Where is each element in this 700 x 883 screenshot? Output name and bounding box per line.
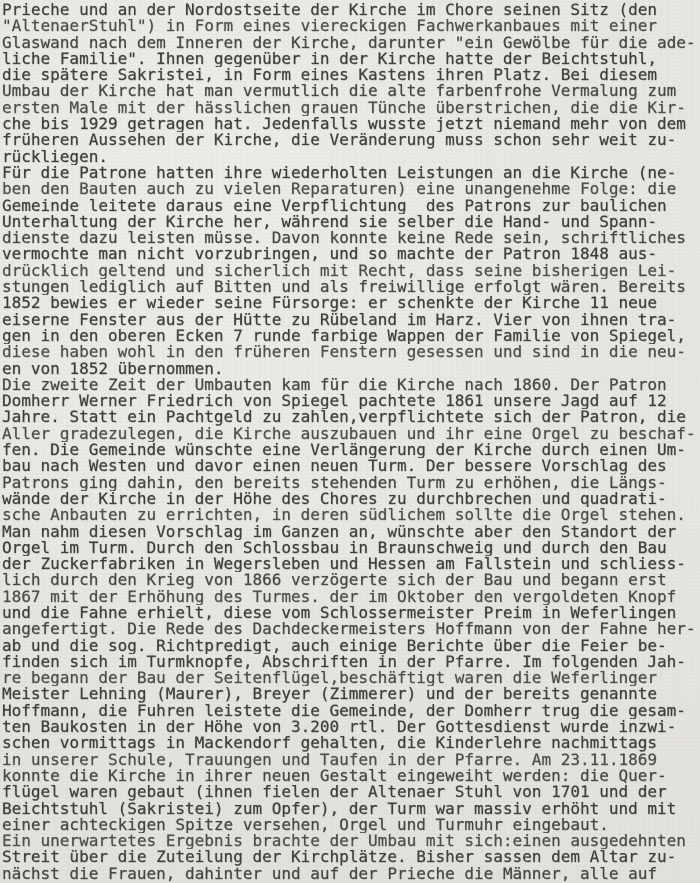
text-line: en von 1852 übernommen. [2,361,700,377]
text-line: flügel waren gebaut (ihnen fielen der Al… [2,784,700,800]
text-line: Umbau der Kirche hat man vermutlich die … [2,83,700,99]
text-line: dienste dazu leisten müsse. Davon konnte… [2,230,700,246]
text-line: Aller gradezulegen, die Kirche auszubaue… [2,426,700,442]
text-line: konnte die Kirche in ihrer neuen Gestalt… [2,768,700,784]
text-line: ben den Bauten auch zu vielen Reparature… [2,181,700,197]
text-line: rückliegen. [2,149,700,165]
text-lines: Prieche und an der Nordostseite der Kirc… [2,2,700,882]
text-line: che bis 1929 getragen hat. Jedenfalls wu… [2,116,700,132]
text-line: Gemeinde leitete daraus eine Verpflichtu… [2,198,700,214]
text-line: finden sich im Turmknopfe, Abschriften i… [2,654,700,670]
text-line: Jahre. Statt ein Pachtgeld zu zahlen,ver… [2,409,700,425]
text-line: Meister Lehning (Maurer), Breyer (Zimmer… [2,686,700,702]
text-line: Für die Patrone hatten ihre wiederholten… [2,165,700,181]
text-line: drücklich geltend und sicherlich mit Rec… [2,263,700,279]
text-line: bau nach Westen und davor einen neuen Tu… [2,458,700,474]
text-line: fen. Die Gemeinde wünschte eine Verlänge… [2,442,700,458]
text-line: "AltenaerStuhl") in Form eines viereckig… [2,18,700,34]
text-line: einer achteckigen Spitze versehen, Orgel… [2,817,700,833]
text-line: liche Familie". Ihnen gegenüber in der K… [2,51,700,67]
text-line: ten Baukosten in der Höhe von 3.200 rtl.… [2,719,700,735]
scanned-document-page: Prieche und an der Nordostseite der Kirc… [0,0,700,883]
text-line: früheren Aussehen der Kirche, die Veränd… [2,132,700,148]
text-line: eiserne Fenster aus der Hütte zu Rübelan… [2,312,700,328]
text-line: Die zweite Zeit der Umbauten kam für die… [2,377,700,393]
text-line: Domherr Werner Friedrich von Spiegel pac… [2,393,700,409]
text-line: sche Anbauten zu errichten, in deren süd… [2,507,700,523]
text-line: wände der Kirche in der Höhe des Chores … [2,491,700,507]
text-line: und die Fahne erhielt, diese vom Schloss… [2,605,700,621]
text-line: 1852 bewies er wieder seine Fürsorge: er… [2,295,700,311]
text-line: Patrons ging dahin, den bereits stehende… [2,475,700,491]
text-line: Glaswand nach dem Inneren der Kirche, da… [2,35,700,51]
text-line: angefertigt. Die Rede des Dachdeckermeis… [2,621,700,637]
text-line: schen vormittags in Mackendorf gehalten,… [2,735,700,751]
text-line: Ein unerwartetes Ergebnis brachte der Um… [2,833,700,849]
text-line: ab und die sog. Richtpredigt, auch einig… [2,638,700,654]
text-line: vermochte man nicht vorzubringen, und so… [2,246,700,262]
text-line: gen in den oberen Ecken 7 runde farbige … [2,328,700,344]
text-line: lich durch den Krieg von 1866 verzögerte… [2,572,700,588]
text-line: ersten Male mit der hässlichen grauen Tü… [2,100,700,116]
text-line: in unserer Schule, Trauungen und Taufen … [2,752,700,768]
text-line: Man nahm diesen Vorschlag im Ganzen an, … [2,524,700,540]
text-line: Orgel im Turm. Durch den Schlossbau in B… [2,540,700,556]
text-line: Streit über die Zuteilung der Kirchplätz… [2,849,700,865]
text-line: diese haben wohl in den früheren Fenster… [2,344,700,360]
text-line: Hoffmann, die Fuhren leistete die Gemein… [2,703,700,719]
text-line: re begann der Bau der Seitenflügel,besch… [2,670,700,686]
text-line: stungen lediglich auf Bitten und als fre… [2,279,700,295]
text-line: Prieche und an der Nordostseite der Kirc… [2,2,700,18]
text-line: der Zuckerfabriken in Wegersleben und He… [2,556,700,572]
text-line: die spätere Sakristei, in Form eines Kas… [2,67,700,83]
text-line: Unterhaltung der Kirche her, während sie… [2,214,700,230]
text-line: 1867 mit der Erhöhung des Turmes. der im… [2,589,700,605]
text-line: Beichtstuhl (Sakristei) zum Opfer), der … [2,801,700,817]
text-line: nächst die Frauen, dahinter und auf der … [2,866,700,882]
